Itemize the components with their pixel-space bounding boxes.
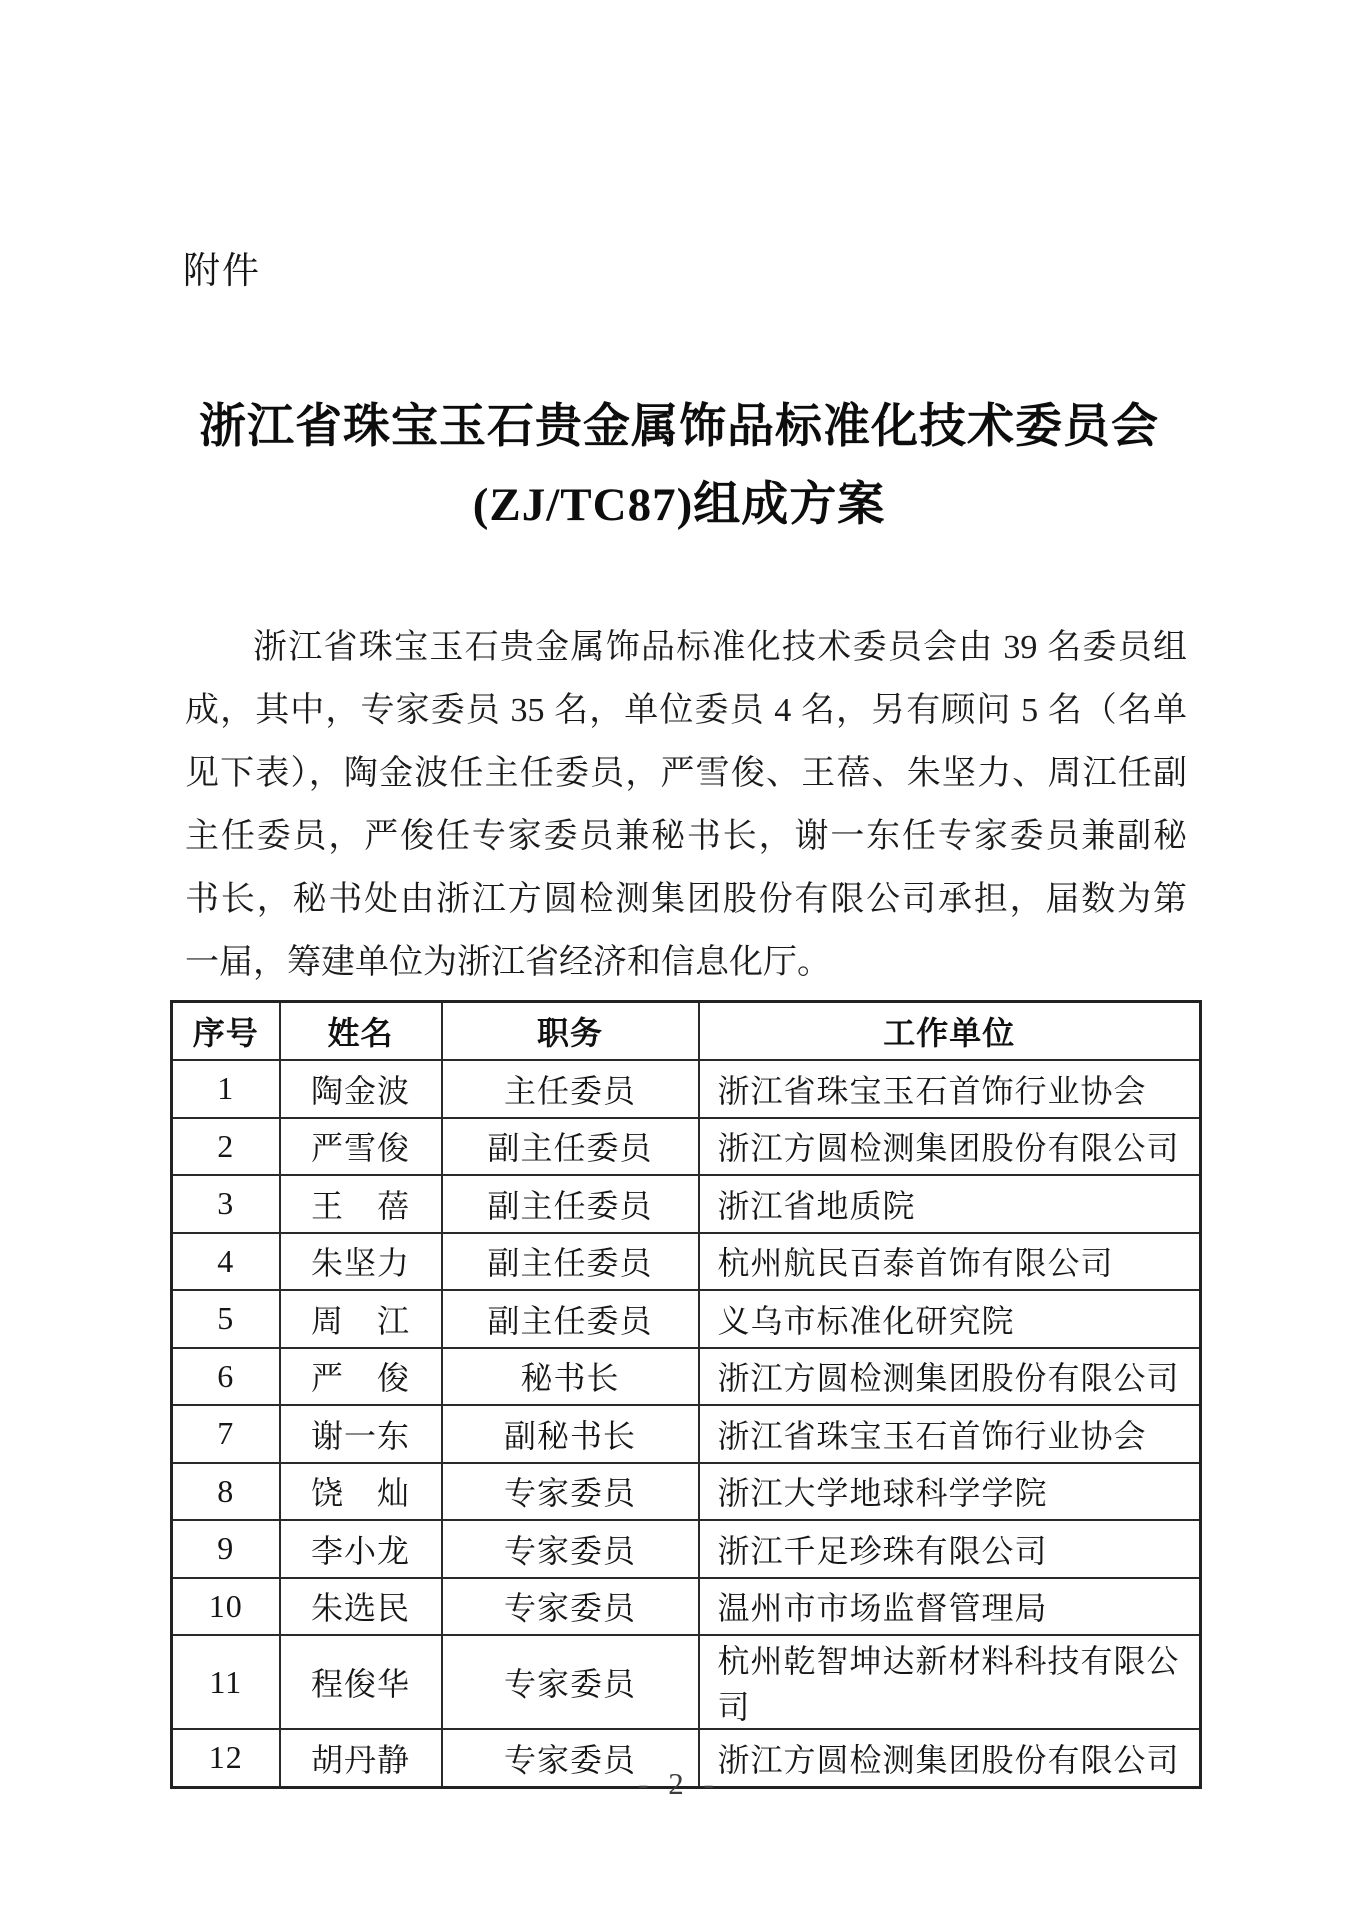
cell-position: 专家委员: [442, 1463, 699, 1521]
cell-name: 李小龙: [280, 1520, 442, 1578]
cell-organization: 杭州乾智坤达新材料科技有限公司: [699, 1635, 1201, 1729]
cell-position: 副主任委员: [442, 1290, 699, 1348]
cell-no: 6: [172, 1348, 280, 1406]
document-page: 附件 浙江省珠宝玉石贵金属饰品标准化技术委员会 (ZJ/TC87)组成方案 浙江…: [0, 0, 1358, 1920]
cell-organization: 浙江方圆检测集团股份有限公司: [699, 1348, 1201, 1406]
committee-table: 序号姓名职务工作单位 1陶金波主任委员浙江省珠宝玉石首饰行业协会2严雪俊副主任委…: [170, 1000, 1202, 1789]
cell-name: 严雪俊: [280, 1118, 442, 1176]
cell-organization: 温州市市场监督管理局: [699, 1578, 1201, 1636]
paragraph-line: 成，其中，专家委员 35 名，单位委员 4 名，另有顾问 5 名（名单: [185, 679, 1187, 742]
cell-no: 2: [172, 1118, 280, 1176]
cell-name: 严 俊: [280, 1348, 442, 1406]
cell-no: 10: [172, 1578, 280, 1636]
cell-position: 副主任委员: [442, 1118, 699, 1176]
cell-name: 朱坚力: [280, 1233, 442, 1291]
cell-no: 3: [172, 1175, 280, 1233]
cell-organization: 浙江大学地球科学学院: [699, 1463, 1201, 1521]
cell-name: 饶 灿: [280, 1463, 442, 1521]
cell-name: 王 蓓: [280, 1175, 442, 1233]
cell-organization: 浙江方圆检测集团股份有限公司: [699, 1118, 1201, 1176]
table-header-cell: 工作单位: [699, 1002, 1201, 1061]
page-number: - 2 -: [0, 1766, 1358, 1802]
table-row: 10朱选民专家委员温州市市场监督管理局: [172, 1578, 1201, 1636]
paragraph-line: 见下表），陶金波任主任委员，严雪俊、王蓓、朱坚力、周江任副: [185, 742, 1187, 805]
cell-no: 5: [172, 1290, 280, 1348]
cell-position: 副主任委员: [442, 1175, 699, 1233]
cell-name: 陶金波: [280, 1060, 442, 1118]
cell-organization: 浙江千足珍珠有限公司: [699, 1520, 1201, 1578]
cell-position: 专家委员: [442, 1635, 699, 1729]
cell-position: 副秘书长: [442, 1405, 699, 1463]
cell-position: 专家委员: [442, 1520, 699, 1578]
paragraph-line: 浙江省珠宝玉石贵金属饰品标准化技术委员会由 39 名委员组: [185, 616, 1187, 679]
table-row: 6严 俊秘书长浙江方圆检测集团股份有限公司: [172, 1348, 1201, 1406]
cell-name: 程俊华: [280, 1635, 442, 1729]
table-row: 11程俊华专家委员杭州乾智坤达新材料科技有限公司: [172, 1635, 1201, 1729]
cell-no: 8: [172, 1463, 280, 1521]
committee-table-body: 1陶金波主任委员浙江省珠宝玉石首饰行业协会2严雪俊副主任委员浙江方圆检测集团股份…: [172, 1060, 1201, 1787]
cell-organization: 浙江省珠宝玉石首饰行业协会: [699, 1060, 1201, 1118]
cell-name: 朱选民: [280, 1578, 442, 1636]
cell-organization: 杭州航民百泰首饰有限公司: [699, 1233, 1201, 1291]
cell-no: 1: [172, 1060, 280, 1118]
table-row: 1陶金波主任委员浙江省珠宝玉石首饰行业协会: [172, 1060, 1201, 1118]
table-row: 9李小龙专家委员浙江千足珍珠有限公司: [172, 1520, 1201, 1578]
paragraph-line: 主任委员，严俊任专家委员兼秘书长，谢一东任专家委员兼副秘: [185, 805, 1187, 868]
paragraph-line: 书长，秘书处由浙江方圆检测集团股份有限公司承担，届数为第: [185, 868, 1187, 931]
body-paragraph: 浙江省珠宝玉石贵金属饰品标准化技术委员会由 39 名委员组成，其中，专家委员 3…: [185, 616, 1187, 994]
cell-position: 专家委员: [442, 1578, 699, 1636]
cell-position: 主任委员: [442, 1060, 699, 1118]
cell-name: 周 江: [280, 1290, 442, 1348]
cell-no: 7: [172, 1405, 280, 1463]
document-title-line1: 浙江省珠宝玉石贵金属饰品标准化技术委员会: [0, 388, 1358, 466]
cell-no: 4: [172, 1233, 280, 1291]
table-header-cell: 职务: [442, 1002, 699, 1061]
table-row: 3王 蓓副主任委员浙江省地质院: [172, 1175, 1201, 1233]
table-row: 8饶 灿专家委员浙江大学地球科学学院: [172, 1463, 1201, 1521]
table-row: 2严雪俊副主任委员浙江方圆检测集团股份有限公司: [172, 1118, 1201, 1176]
attachment-label: 附件: [183, 240, 261, 294]
document-title: 浙江省珠宝玉石贵金属饰品标准化技术委员会 (ZJ/TC87)组成方案: [0, 388, 1358, 544]
cell-organization: 浙江省地质院: [699, 1175, 1201, 1233]
table-header-cell: 姓名: [280, 1002, 442, 1061]
cell-no: 11: [172, 1635, 280, 1729]
cell-organization: 义乌市标准化研究院: [699, 1290, 1201, 1348]
table-header-row: 序号姓名职务工作单位: [172, 1002, 1201, 1061]
table-row: 5周 江副主任委员义乌市标准化研究院: [172, 1290, 1201, 1348]
document-title-line2: (ZJ/TC87)组成方案: [0, 466, 1358, 544]
cell-position: 秘书长: [442, 1348, 699, 1406]
cell-organization: 浙江省珠宝玉石首饰行业协会: [699, 1405, 1201, 1463]
cell-position: 副主任委员: [442, 1233, 699, 1291]
table-row: 4朱坚力副主任委员杭州航民百泰首饰有限公司: [172, 1233, 1201, 1291]
table-header-cell: 序号: [172, 1002, 280, 1061]
cell-name: 谢一东: [280, 1405, 442, 1463]
cell-no: 9: [172, 1520, 280, 1578]
table-row: 7谢一东副秘书长浙江省珠宝玉石首饰行业协会: [172, 1405, 1201, 1463]
paragraph-line: 一届，筹建单位为浙江省经济和信息化厅。: [185, 931, 1187, 994]
